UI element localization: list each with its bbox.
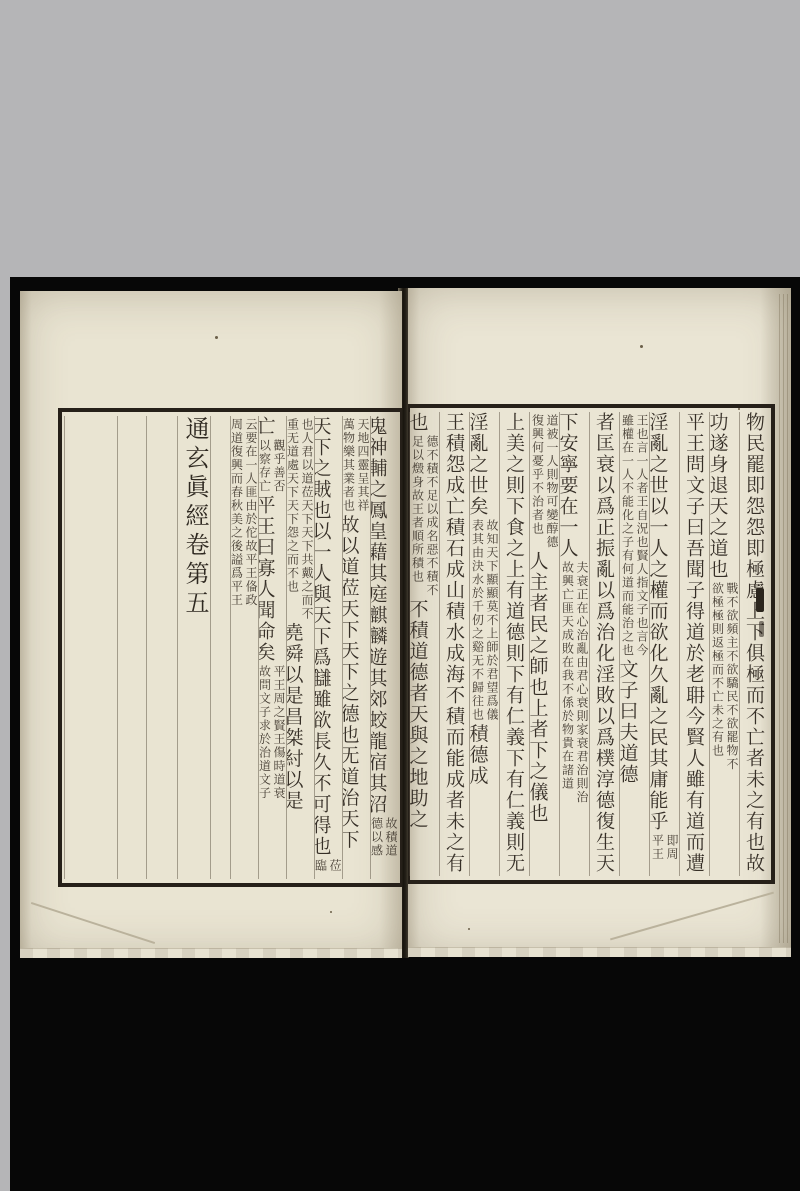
paper-speck (468, 928, 470, 930)
page-deckle-edge (408, 947, 791, 957)
interlinear-commentary: 即周平王 (650, 834, 679, 861)
text-column: 王積怨成亡積石成山積水成海不積而能成者未之有 (439, 412, 469, 876)
interlinear-commentary: 莅臨 (314, 859, 342, 873)
interlinear-commentary: 王也言一人者王自況也賢人指文子也言今雖權在一人不能化之子有何道而能治之也 (620, 414, 649, 657)
commentary-line: 也人君以道莅天下天下共戴之而不 (300, 418, 315, 621)
text-column: 鬼神輔之鳳皇藉其庭麒麟遊其郊蛟龍宿其沼故積道德以感 (370, 416, 398, 879)
main-text: 王積怨成亡積石成山積水成海不積而能成者未之有 (443, 412, 465, 874)
text-column: 者匡衰以爲正振亂以爲治化淫敗以爲樸淳德復生天 (589, 412, 619, 876)
interlinear-commentary: 故知天下顯顯莫不上師於君望爲儀表其由決水於千仞之谿无不歸往也 (470, 519, 499, 722)
commentary-line: 萬物樂其業者也 (342, 418, 356, 513)
text-column: 亡觀乎善否以察存亡平王曰寡人聞命矣平王周之賢王傷時道衰故問文子求於治道文子 (258, 416, 286, 879)
commentary-line: 雖權在一人不能化之子有何道而能治之也 (620, 414, 635, 657)
paper-speck (640, 345, 643, 348)
main-text: 平王曰寡人聞命矣 (258, 495, 276, 663)
book-page-right[interactable]: 物民罷即怨怨即極慮上下俱極而不亡者未之有也故功遂身退天之道也戰不欲頻主不欲驕民不… (408, 288, 791, 957)
page-fold-crease (610, 892, 774, 941)
main-text: 天下之賊也以一人與天下爲讎雖欲長久不可得也 (314, 416, 332, 857)
main-text: 平王問文子曰吾聞子得道於老耼今賢人雖有道而遭 (683, 412, 705, 874)
main-text: 鬼神輔之鳳皇藉其庭麒麟遊其郊蛟龍宿其沼 (370, 416, 388, 815)
blank-ruled-column (146, 416, 177, 879)
interlinear-commentary: 也人君以道莅天下天下共戴之而不重无道處天下天下怨之而不也 (286, 418, 314, 621)
text-column: 云要在一人匪由於佗故平王俻政周道復興而春秋美之後謚爲平王 (230, 416, 258, 879)
left-text-frame: 鬼神輔之鳳皇藉其庭麒麟遊其郊蛟龍宿其沼故積道德以感天地四靈呈其祥萬物樂其業者也故… (58, 408, 402, 887)
text-column: 天地四靈呈其祥萬物樂其業者也故以道莅天下天下之德也无道治天下 (342, 416, 370, 879)
interlinear-commentary: 云要在一人匪由於佗故平王俻政周道復興而春秋美之後謚爲平王 (230, 418, 258, 607)
page-stack-fore-edge (776, 294, 791, 943)
left-page-columns: 鬼神輔之鳳皇藉其庭麒麟遊其郊蛟龍宿其沼故積道德以感天地四靈呈其祥萬物樂其業者也故… (62, 412, 400, 883)
blank-ruled-column (64, 416, 117, 879)
volume-end-title-column: 通玄眞經卷第五 (177, 416, 210, 879)
commentary-line: 表其由決水於千仞之谿无不歸往也 (470, 519, 485, 722)
main-text: 不積道德者天與之地助之 (409, 599, 429, 830)
commentary-line: 周道復興而春秋美之後謚爲平王 (230, 418, 244, 607)
commentary-line: 故積道 (384, 817, 399, 858)
commentary-line: 夫衰正在心治亂由君心衰則家衰君治則治 (575, 561, 590, 804)
commentary-line: 王也言一人者王自況也賢人指文子也言今 (635, 414, 650, 657)
commentary-line: 足以燬身故王者順所積也 (410, 435, 425, 597)
commentary-line: 平王周之賢王傷時道衰 (272, 665, 287, 800)
commentary-line: 重无道處天下天下怨之而不也 (286, 418, 300, 621)
margin-ink-smudge (759, 621, 764, 637)
commentary-line: 故問文子求於治道文子 (258, 665, 272, 800)
blank-ruled-column (210, 416, 230, 879)
main-text: 淫亂之世以一人之權而欲化久亂之民其庸能乎 (649, 412, 669, 832)
text-column: 淫亂之世矣故知天下顯顯莫不上師於君望爲儀表其由決水於千仞之谿无不歸往也積德成 (469, 412, 499, 876)
commentary-line: 德不積不足以成名惡不積不 (425, 435, 440, 597)
text-column: 王也言一人者王自況也賢人指文子也言今雖權在一人不能化之子有何道而能治之也文子曰夫… (619, 412, 649, 876)
interlinear-commentary: 觀乎善否以察存亡 (258, 439, 286, 493)
blank-ruled-column (117, 416, 146, 879)
main-text: 亡 (258, 416, 276, 437)
page-fold-crease (31, 902, 155, 944)
commentary-line: 德以感 (370, 817, 384, 858)
right-page-columns: 物民罷即怨怨即極慮上下俱極而不亡者未之有也故功遂身退天之道也戰不欲頻主不欲驕民不… (410, 408, 771, 880)
main-text: 堯舜以是昌桀紂以是 (286, 623, 304, 812)
commentary-line: 觀乎善否 (272, 439, 287, 493)
commentary-line: 故知天下顯顯莫不上師於君望爲儀 (485, 519, 500, 722)
commentary-line: 復興何憂乎不治者也 (530, 414, 545, 549)
text-column: 功遂身退天之道也戰不欲頻主不欲驕民不欲罷物不欲極極則返極而不亡未之有也 (709, 412, 739, 876)
paper-speck (330, 911, 332, 913)
commentary-line: 道被一人則物可變醇德 (545, 414, 560, 549)
interlinear-commentary: 天地四靈呈其祥萬物樂其業者也 (342, 418, 370, 513)
interlinear-commentary: 道被一人則物可變醇德復興何憂乎不治者也 (530, 414, 559, 549)
text-column: 下安寧要在一人夫衰正在心治亂由君心衰則家衰君治則治故興亡匪天成敗在我不係於物貴在… (559, 412, 589, 876)
text-column: 物民罷即怨怨即極慮上下俱極而不亡者未之有也故 (739, 412, 769, 876)
main-text: 上美之則下食之上有道德則下有仁義下有仁義則无 (503, 412, 525, 874)
commentary-line: 天地四靈呈其祥 (356, 418, 371, 513)
main-text: 也 (409, 412, 429, 433)
interlinear-commentary: 德不積不足以成名惡不積不足以燬身故王者順所積也 (410, 435, 439, 597)
margin-ink-smudge (756, 588, 764, 612)
text-column: 也德不積不足以成名惡不積不足以燬身故王者順所積也不積道德者天與之地助之 (409, 412, 439, 876)
main-text: 下安寧要在一人 (559, 412, 579, 559)
text-column: 淫亂之世以一人之權而欲化久亂之民其庸能乎即周平王 (649, 412, 679, 876)
commentary-line: 以察存亡 (258, 439, 272, 493)
commentary-line: 莅 (328, 859, 343, 873)
commentary-line: 故興亡匪天成敗在我不係於物貴在諸道 (560, 561, 575, 804)
main-text: 物民罷即怨怨即極慮上下俱極而不亡者未之有也故 (743, 412, 765, 874)
interlinear-commentary: 夫衰正在心治亂由君心衰則家衰君治則治故興亡匪天成敗在我不係於物貴在諸道 (560, 561, 589, 804)
main-text: 人主者民之師也上者下之儀也 (529, 551, 549, 824)
commentary-line: 臨 (314, 859, 328, 873)
main-text: 文子曰夫道德 (619, 659, 639, 785)
commentary-line: 平王 (650, 834, 665, 861)
interlinear-commentary: 戰不欲頻主不欲驕民不欲罷物不欲極極則返極而不亡未之有也 (710, 582, 739, 771)
main-text: 故以道莅天下天下之德也无道治天下 (342, 515, 360, 851)
interlinear-commentary: 平王周之賢王傷時道衰故問文子求於治道文子 (258, 665, 286, 800)
commentary-line: 即周 (665, 834, 680, 861)
page-deckle-edge (20, 948, 402, 958)
main-text: 淫亂之世矣 (469, 412, 489, 517)
right-text-frame: 物民罷即怨怨即極慮上下俱極而不亡者未之有也故功遂身退天之道也戰不欲頻主不欲驕民不… (408, 404, 775, 884)
text-column: 道被一人則物可變醇德復興何憂乎不治者也人主者民之師也上者下之儀也 (529, 412, 559, 876)
text-column: 上美之則下食之上有道德則下有仁義下有仁義則无 (499, 412, 529, 876)
paper-speck (215, 336, 218, 339)
commentary-line: 云要在一人匪由於佗故平王俻政 (244, 418, 259, 607)
commentary-line: 欲極極則返極而不亡未之有也 (710, 582, 725, 771)
text-column: 平王問文子曰吾聞子得道於老耼今賢人雖有道而遭 (679, 412, 709, 876)
interlinear-commentary: 故積道德以感 (370, 817, 398, 858)
main-text: 積德成 (469, 724, 489, 787)
main-text: 功遂身退天之道也 (709, 412, 729, 580)
book-page-left[interactable]: 鬼神輔之鳳皇藉其庭麒麟遊其郊蛟龍宿其沼故積道德以感天地四靈呈其祥萬物樂其業者也故… (20, 291, 402, 958)
text-column: 也人君以道莅天下天下共戴之而不重无道處天下天下怨之而不也堯舜以是昌桀紂以是 (286, 416, 314, 879)
main-text: 者匡衰以爲正振亂以爲治化淫敗以爲樸淳德復生天 (593, 412, 615, 874)
commentary-line: 戰不欲頻主不欲驕民不欲罷物不 (725, 582, 740, 771)
text-column: 天下之賊也以一人與天下爲讎雖欲長久不可得也莅臨 (314, 416, 342, 879)
